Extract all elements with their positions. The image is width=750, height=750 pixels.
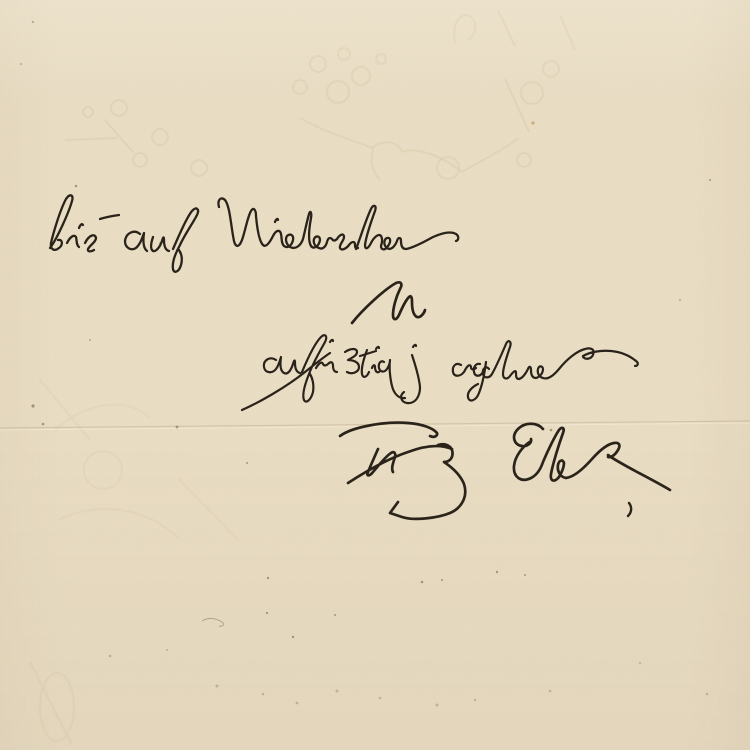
handwriting-layer: bis auf Wiedersehen Ihr aufrichtig ergeb… [0, 0, 750, 750]
letter-scan: bis auf Wiedersehen Ihr aufrichtig ergeb… [0, 0, 750, 750]
